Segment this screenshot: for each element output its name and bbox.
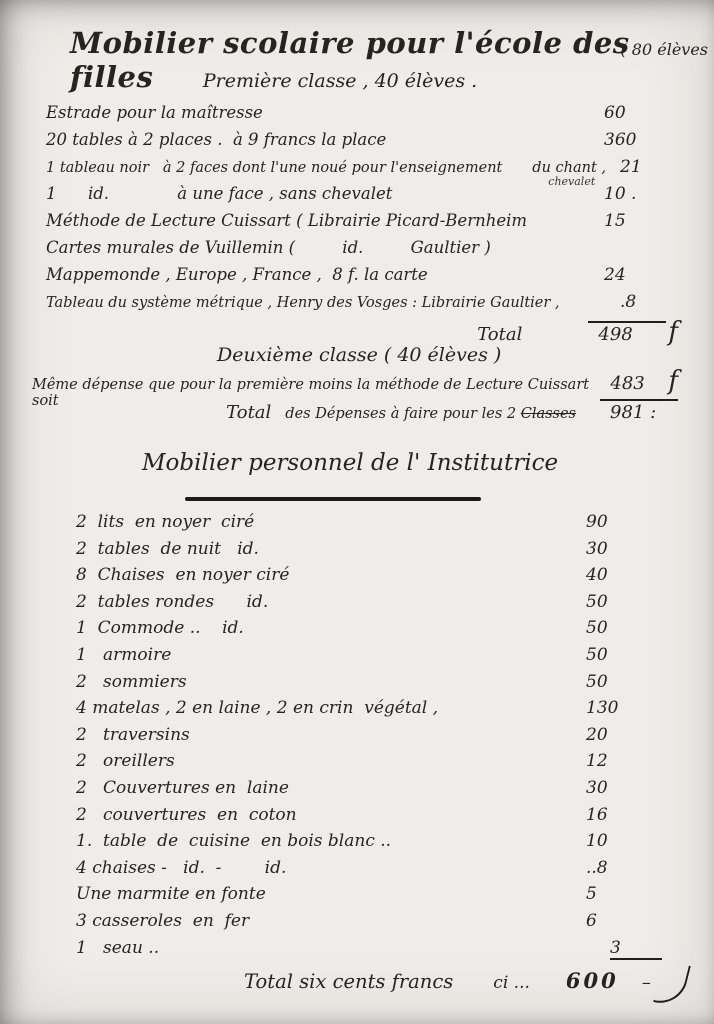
item-amount: 40 <box>586 565 662 585</box>
personal-total-row: Total six cents francs ci ... 600 – <box>76 968 662 993</box>
item-label: Même dépense que pour la première moins … <box>32 377 610 409</box>
expense-row: Même dépense que pour la première moins … <box>32 373 678 399</box>
item-amount: ..8 <box>586 858 662 878</box>
item-label: 1. table de cuisine en bois blanc .. <box>76 831 586 851</box>
second-class-heading: Deuxième classe ( 40 élèves ) <box>217 344 678 373</box>
trailing-dash: – <box>642 972 651 993</box>
inventory-row: 2 lits en noyer ciré 90 <box>76 512 662 539</box>
item-label: 3 casseroles en fer <box>76 911 586 931</box>
item-label: 2 tables de nuit id. <box>76 539 586 559</box>
item-amount: 50 <box>586 618 662 638</box>
margin-subnote-text: chevalet <box>548 175 595 188</box>
inventory-row: 2 tables de nuit id. 30 <box>76 539 662 566</box>
inventory-row: Une marmite en fonte 5 <box>76 884 662 911</box>
expense-row: Tableau du système métrique , Henry des … <box>46 292 678 319</box>
total-description: des Dépenses à faire pour les 2 Classes <box>285 406 576 422</box>
personal-total-amount: 600 <box>560 968 636 993</box>
inventory-row: 8 Chaises en noyer ciré 40 <box>76 565 662 592</box>
item-amount: 10 <box>586 831 662 851</box>
item-amount: 21 <box>620 157 678 177</box>
item-amount: 20 <box>586 725 662 745</box>
item-label: 1 armoire <box>76 645 586 665</box>
item-amount: 30 <box>586 539 662 559</box>
item-amount: 483 <box>610 373 666 394</box>
inventory-row: 1. table de cuisine en bois blanc .. 10 <box>76 831 662 858</box>
item-amount: 24 <box>604 265 678 285</box>
second-class-section: Deuxième classe ( 40 élèves ) Même dépen… <box>32 344 678 423</box>
grand-total-amount: 981 : <box>600 399 678 423</box>
item-label: Cartes murales de Vuillemin ( id. Gaulti… <box>46 238 604 257</box>
personal-furniture-section: 2 lits en noyer ciré 90 2 tables de nuit… <box>76 512 662 993</box>
first-class-total-amount: 498 <box>588 321 666 345</box>
item-amount: 6 <box>586 911 662 931</box>
currency-franc: f <box>668 327 678 337</box>
inventory-row: 2 oreillers 12 <box>76 751 662 778</box>
expense-row: 1 tableau noir à 2 faces dont l'une noué… <box>46 157 678 184</box>
inventory-row: 2 Couvertures en laine 30 <box>76 778 662 805</box>
total-label: Total <box>226 402 271 423</box>
heading-underline <box>185 497 481 501</box>
item-amount: 50 <box>586 592 662 612</box>
first-class-heading: Première classe , 40 élèves . <box>150 70 530 92</box>
item-label: 4 chaises - id. - id. <box>76 858 586 878</box>
expense-row: 20 tables à 2 places . à 9 francs la pla… <box>46 130 678 157</box>
item-amount: 90 <box>586 512 662 532</box>
ci-note: ci ... <box>493 973 530 993</box>
total-description-text: des Dépenses à faire pour les 2 <box>285 406 516 422</box>
students-count-note: ( 80 élèves <box>620 40 708 59</box>
item-label: Mappemonde , Europe , France , 8 f. la c… <box>46 265 604 284</box>
inventory-row: 2 traversins 20 <box>76 725 662 752</box>
item-label: 1 tableau noir à 2 faces dont l'une noué… <box>46 160 532 176</box>
expense-row: Mappemonde , Europe , France , 8 f. la c… <box>46 265 678 292</box>
item-label: Une marmite en fonte <box>76 884 586 904</box>
item-label: 2 Couvertures en laine <box>76 778 586 798</box>
item-label: Tableau du système métrique , Henry des … <box>46 295 620 311</box>
inventory-row: 2 tables rondes id. 50 <box>76 592 662 619</box>
margin-note-text: du chant , <box>532 160 606 176</box>
inventory-row: 2 couvertures en coton 16 <box>76 805 662 832</box>
item-label: 2 couvertures en coton <box>76 805 586 825</box>
margin-note: du chant , chevalet <box>532 160 606 176</box>
item-label: 1 Commode .. id. <box>76 618 586 638</box>
item-label: 2 sommiers <box>76 672 586 692</box>
item-amount: 50 <box>586 672 662 692</box>
item-label: 2 traversins <box>76 725 586 745</box>
item-label: 20 tables à 2 places . à 9 francs la pla… <box>46 130 604 149</box>
item-label: 2 oreillers <box>76 751 586 771</box>
manuscript-page: Mobilier scolaire pour l'école des fille… <box>0 0 714 1024</box>
total-label: Total six cents francs <box>244 970 453 993</box>
expense-row: Estrade pour la maîtresse 60 <box>46 103 678 130</box>
item-amount: 12 <box>586 751 662 771</box>
item-amount: 60 <box>604 103 678 123</box>
expense-row: Cartes murales de Vuillemin ( id. Gaulti… <box>46 238 678 265</box>
item-label: Estrade pour la maîtresse <box>46 103 604 122</box>
expense-row: Méthode de Lecture Cuissart ( Librairie … <box>46 211 678 238</box>
item-amount: 130 <box>586 698 662 718</box>
expense-row: 1 id. à une face , sans chevalet 10 . <box>46 184 678 211</box>
inventory-row: 4 matelas , 2 en laine , 2 en crin végét… <box>76 698 662 725</box>
inventory-row: 1 Commode .. id. 50 <box>76 618 662 645</box>
struck-word: Classes <box>521 406 576 422</box>
currency-franc: f <box>668 376 678 386</box>
first-class-total-row: Total 498 f <box>46 321 678 345</box>
item-amount: 30 <box>586 778 662 798</box>
inventory-row: 3 casseroles en fer 6 <box>76 911 662 938</box>
personal-furniture-heading: Mobilier personnel de l' Institutrice <box>142 450 558 476</box>
inventory-row: 1 armoire 50 <box>76 645 662 672</box>
item-amount: 360 <box>604 130 678 150</box>
item-label: 4 matelas , 2 en laine , 2 en crin végét… <box>76 698 586 718</box>
item-amount: 15 <box>604 211 678 231</box>
item-label: 1 id. à une face , sans chevalet <box>46 184 604 203</box>
first-class-section: Estrade pour la maîtresse 60 20 tables à… <box>46 103 678 345</box>
inventory-row: 4 chaises - id. - id. ..8 <box>76 858 662 885</box>
item-amount: 10 . <box>604 184 678 204</box>
item-amount: 16 <box>586 805 662 825</box>
item-amount: .8 <box>620 292 678 312</box>
item-label: 2 tables rondes id. <box>76 592 586 612</box>
total-label: Total <box>477 324 522 345</box>
item-label: 8 Chaises en noyer ciré <box>76 565 586 585</box>
item-label: 1 seau .. <box>76 938 610 958</box>
item-amount: 50 <box>586 645 662 665</box>
item-amount: 5 <box>586 884 662 904</box>
item-amount: 3 <box>610 938 662 960</box>
inventory-row: 2 sommiers 50 <box>76 672 662 699</box>
item-label: 2 lits en noyer ciré <box>76 512 586 532</box>
inventory-row: 1 seau .. 3 <box>76 938 662 965</box>
item-label: Méthode de Lecture Cuissart ( Librairie … <box>46 211 604 230</box>
